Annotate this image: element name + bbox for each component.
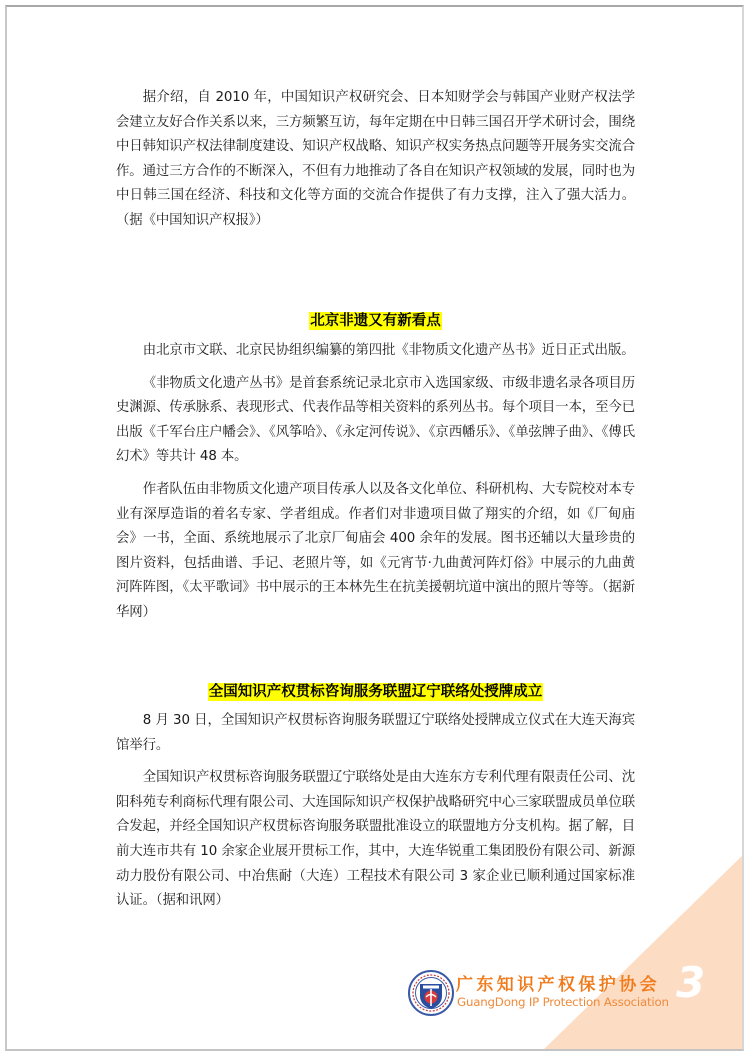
paragraph: 据介绍，自 2010 年，中国知识产权研究会、日本知财学会与韩国产业财产权法学会… xyxy=(116,86,635,234)
page-number: 3 xyxy=(676,958,705,1008)
heading-text: 全国知识产权贯标咨询服务联盟辽宁联络处授牌成立 xyxy=(208,683,544,701)
association-emblem-icon xyxy=(406,968,456,1018)
org-name-en: GuangDong IP Protection Association xyxy=(457,995,669,1009)
paragraph: 由北京市文联、北京民协组织编纂的第四批《非物质文化遗产丛书》近日正式出版。 xyxy=(116,339,635,364)
article-body: 8 月 30 日，全国知识产权贯标咨询服务联盟辽宁联络处授牌成立仪式在大连天海宾… xyxy=(116,709,635,914)
article-heading: 全国知识产权贯标咨询服务联盟辽宁联络处授牌成立 xyxy=(116,683,635,701)
article-body: 由北京市文联、北京民协组织编纂的第四批《非物质文化遗产丛书》近日正式出版。 《非… xyxy=(116,339,635,626)
paragraph: 作者队伍由非物质文化遗产项目传承人以及各文化单位、科研机构、大专院校对本专业有深… xyxy=(116,478,635,626)
paragraph: 《非物质文化遗产丛书》是首套系统记录北京市入选国家级、市级非遗名录各项目历史渊源… xyxy=(116,372,635,470)
article-intro: 据介绍，自 2010 年，中国知识产权研究会、日本知财学会与韩国产业财产权法学会… xyxy=(116,86,635,234)
org-name-cn: 广东知识产权保护协会 xyxy=(456,970,660,995)
heading-text: 北京非遗又有新看点 xyxy=(309,312,442,330)
article-heading: 北京非遗又有新看点 xyxy=(116,312,635,330)
paragraph: 8 月 30 日，全国知识产权贯标咨询服务联盟辽宁联络处授牌成立仪式在大连天海宾… xyxy=(116,709,635,758)
paragraph: 全国知识产权贯标咨询服务联盟辽宁联络处是由大连东方专利代理有限责任公司、沈阳科苑… xyxy=(116,766,635,914)
